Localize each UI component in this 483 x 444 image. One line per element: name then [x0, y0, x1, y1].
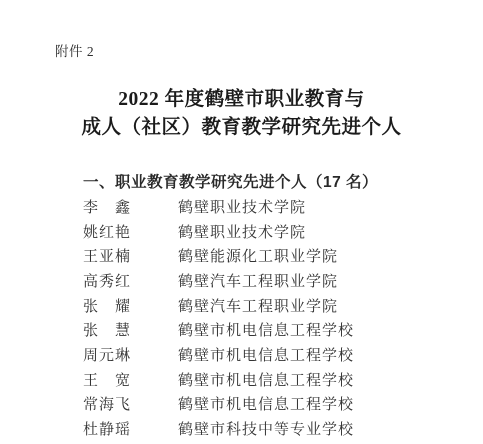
section-heading: 一、职业教育教学研究先进个人（17 名）: [83, 170, 378, 192]
entry-name: 李 鑫: [83, 196, 178, 217]
entry-institution: 鹤壁市机电信息工程学校: [178, 319, 354, 340]
entry-name: 张 慧: [83, 319, 178, 340]
entry-name: 姚红艳: [83, 221, 178, 242]
list-item: 周元琳鹤壁市机电信息工程学校: [83, 342, 453, 367]
entry-institution: 鹤壁职业技术学院: [178, 221, 306, 242]
document-title: 2022 年度鹤壁市职业教育与 成人（社区）教育教学研究先进个人: [0, 86, 483, 142]
entry-institution: 鹤壁汽车工程职业学院: [178, 295, 338, 316]
entry-name: 王亚楠: [83, 245, 178, 266]
list-item: 杜静瑶鹤壁市科技中等专业学校: [83, 416, 453, 441]
entry-institution: 鹤壁能源化工职业学院: [178, 245, 338, 266]
document-title-line2: 成人（社区）教育教学研究先进个人: [0, 114, 483, 142]
entry-institution: 鹤壁市科技中等专业学校: [178, 418, 354, 439]
entry-name: 周元琳: [83, 344, 178, 365]
entry-institution: 鹤壁市机电信息工程学校: [178, 369, 354, 390]
entry-institution: 鹤壁市机电信息工程学校: [178, 393, 354, 414]
entry-list: 李 鑫鹤壁职业技术学院姚红艳鹤壁职业技术学院王亚楠鹤壁能源化工职业学院高秀红鹤壁…: [83, 194, 453, 441]
list-item: 王 宽鹤壁市机电信息工程学校: [83, 367, 453, 392]
entry-institution: 鹤壁职业技术学院: [178, 196, 306, 217]
list-item: 姚红艳鹤壁职业技术学院: [83, 219, 453, 244]
document-title-line1: 2022 年度鹤壁市职业教育与: [0, 86, 483, 114]
entry-name: 高秀红: [83, 270, 178, 291]
list-item: 李 鑫鹤壁职业技术学院: [83, 194, 453, 219]
list-item: 张 慧鹤壁市机电信息工程学校: [83, 317, 453, 342]
document-page: 附件 2 2022 年度鹤壁市职业教育与 成人（社区）教育教学研究先进个人 一、…: [0, 0, 483, 444]
entry-institution: 鹤壁市机电信息工程学校: [178, 344, 354, 365]
list-item: 张 耀鹤壁汽车工程职业学院: [83, 293, 453, 318]
entry-name: 张 耀: [83, 295, 178, 316]
list-item: 高秀红鹤壁汽车工程职业学院: [83, 268, 453, 293]
entry-institution: 鹤壁汽车工程职业学院: [178, 270, 338, 291]
entry-name: 常海飞: [83, 393, 178, 414]
entry-name: 王 宽: [83, 369, 178, 390]
entry-name: 杜静瑶: [83, 418, 178, 439]
list-item: 常海飞鹤壁市机电信息工程学校: [83, 392, 453, 417]
attachment-label: 附件 2: [55, 40, 94, 60]
list-item: 王亚楠鹤壁能源化工职业学院: [83, 243, 453, 268]
